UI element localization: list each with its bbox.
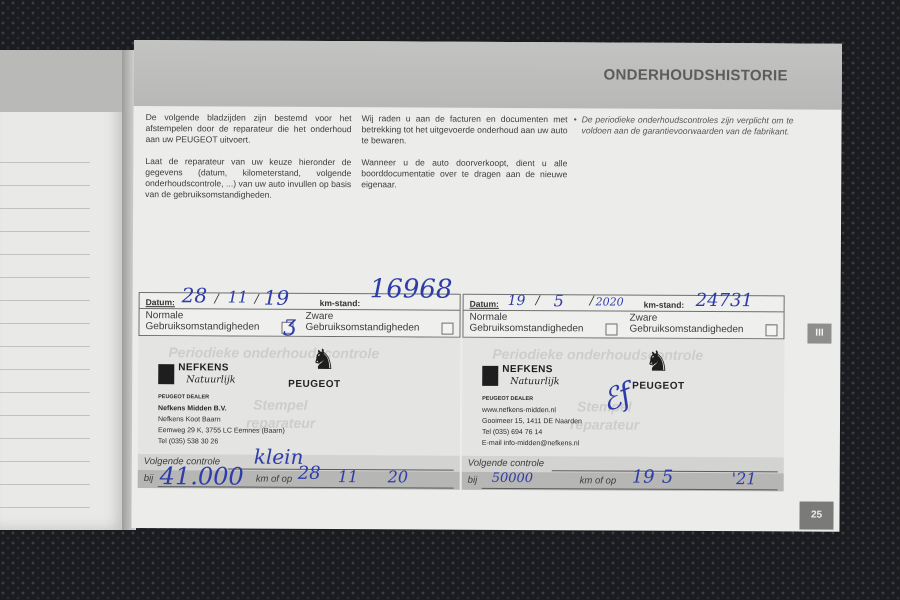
- handwritten-year: 2020: [596, 295, 624, 308]
- handwritten-mileage: 16968: [370, 274, 453, 304]
- peugeot-lion-icon: ♞: [642, 345, 672, 379]
- section-tab: III: [807, 324, 831, 344]
- km-label: km-stand:: [320, 298, 361, 308]
- dealer-stamp-area: Periodieke onderhoudscontrole Stempel re…: [462, 338, 785, 458]
- dealer-stamp-area: Periodieke onderhoudscontrole Stempel re…: [138, 336, 461, 456]
- km-or-on-label: km of op: [580, 475, 616, 486]
- handwritten-next-year: '21: [732, 469, 757, 488]
- handwritten-month: 5: [554, 291, 564, 310]
- intro-paragraph: Laat de reparateur van uw keuze hieronde…: [145, 156, 351, 201]
- intro-paragraph: Wanneer u de auto doorverkoopt, dient u …: [361, 157, 567, 191]
- service-entry: Datum: 19 / 5 / 2020 km-stand: 24731 Nor…: [462, 294, 785, 492]
- handwritten-next-km: 50000: [492, 471, 533, 486]
- heavy-usage-checkbox[interactable]: [765, 324, 777, 336]
- handwritten-checkmark: ʒ: [283, 312, 296, 337]
- next-service-label: Volgende controle: [468, 458, 544, 469]
- brand-name: PEUGEOT: [632, 381, 684, 392]
- normal-usage-label: NormaleGebruiksomstandigheden: [145, 310, 259, 333]
- dealer-logo-mark-icon: [158, 364, 174, 384]
- page-title: ONDERHOUDSHISTORIE: [603, 66, 787, 84]
- left-page-header-band: [0, 50, 128, 112]
- date-label: Datum:: [146, 297, 175, 307]
- intro-paragraph: De periodieke onderhoudscontroles zijn v…: [582, 114, 794, 137]
- dealer-info: PEUGEOT DEALER Nefkens Midden B.V. Nefke…: [158, 392, 285, 448]
- km-label: km-stand:: [644, 300, 685, 310]
- page-number: 25: [799, 501, 833, 529]
- dealer-info: PEUGEOT DEALER www.nefkens-midden.nl Goo…: [482, 394, 582, 450]
- left-page-ruled-lines: [0, 140, 90, 508]
- date-label: Datum:: [470, 299, 499, 309]
- heavy-usage-checkbox[interactable]: [441, 323, 453, 335]
- heavy-usage-label: ZwareGebruiksomstandigheden: [305, 311, 419, 334]
- at-label: bij: [468, 475, 478, 486]
- at-label: bij: [144, 473, 154, 484]
- watermark-title: Periodieke onderhoudscontrole: [168, 344, 379, 361]
- handwritten-month: 11: [228, 287, 248, 306]
- intro-paragraph: De volgende bladzijden zijn bestemd voor…: [145, 112, 351, 146]
- normal-usage-checkbox[interactable]: [605, 323, 617, 335]
- date-km-row: Datum: 19 / 5 / 2020 km-stand: 24731: [464, 295, 784, 313]
- handwritten-next-month: 11: [338, 467, 358, 486]
- left-page: [0, 50, 128, 530]
- handwritten-year: 19: [264, 286, 290, 310]
- handwritten-next-month: 5: [662, 467, 674, 488]
- handwritten-mileage: 24731: [696, 290, 753, 311]
- dealer-logo-mark-icon: [482, 366, 498, 386]
- service-entry: Datum: 28 / 11 / 19 km-stand: 16968 Norm…: [138, 292, 461, 490]
- peugeot-lion-icon: ♞: [308, 343, 338, 377]
- service-entry-header: Datum: 19 / 5 / 2020 km-stand: 24731 Nor…: [462, 294, 784, 340]
- heavy-usage-label: ZwareGebruiksomstandigheden: [629, 313, 743, 336]
- handwritten-next-km: 41.000: [160, 462, 244, 490]
- normal-usage-label: NormaleGebruiksomstandigheden: [469, 312, 583, 335]
- brand-name: PEUGEOT: [288, 379, 340, 390]
- right-page: ONDERHOUDSHISTORIE De volgende bladzijde…: [131, 40, 842, 532]
- intro-column-3: • De periodieke onderhoudscontroles zijn…: [581, 114, 793, 148]
- handwritten-next-day: 28: [298, 463, 321, 484]
- bullet-icon: •: [574, 114, 577, 125]
- intro-column-2: Wij raden u aan de facturen en documente…: [361, 113, 567, 202]
- service-entry-header: Datum: 28 / 11 / 19 km-stand: 16968 Norm…: [138, 292, 460, 338]
- next-service-due-row: bij km of op 41.000 28 11 20: [138, 470, 460, 490]
- header-band: ONDERHOUDSHISTORIE: [134, 40, 842, 110]
- handwritten-day: 19: [508, 293, 526, 309]
- km-or-on-label: km of op: [256, 474, 292, 485]
- intro-column-1: De volgende bladzijden zijn bestemd voor…: [145, 112, 352, 212]
- handwritten-day: 28: [182, 283, 208, 307]
- date-km-row: Datum: 28 / 11 / 19 km-stand: 16968: [140, 293, 460, 311]
- handwritten-next-day: 19: [632, 467, 655, 488]
- handwritten-next-year: 20: [388, 467, 408, 486]
- handwritten-note: klein: [254, 445, 304, 469]
- next-service-due-row: bij km of op 50000 19 5 '21: [462, 472, 784, 492]
- intro-paragraph: Wij raden u aan de facturen en documente…: [361, 113, 567, 147]
